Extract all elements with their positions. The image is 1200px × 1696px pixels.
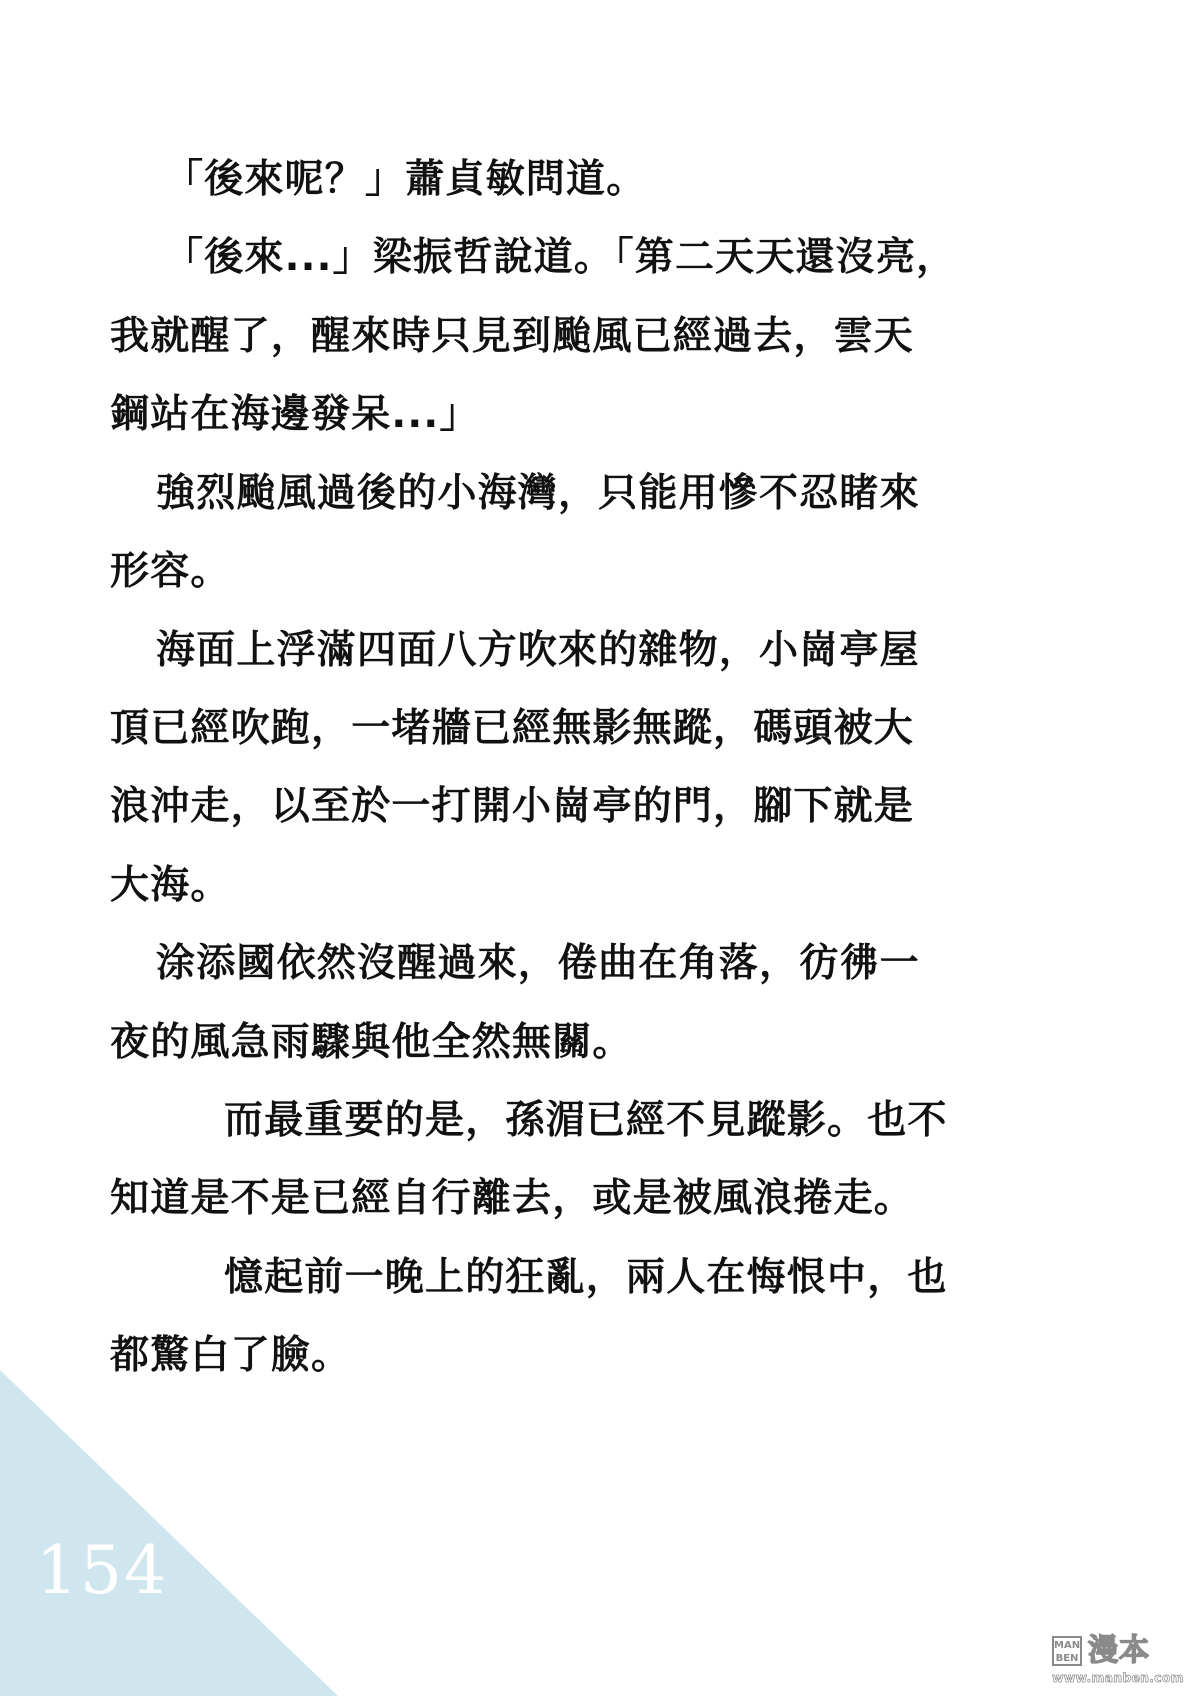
text-line: 夜的風急雨驟與他全然無關。 [110, 1013, 633, 1073]
text-line: 大海。 [110, 856, 231, 916]
text-line: 頂已經吹跑，一堵牆已經無影無蹤，碼頭被大 [110, 699, 914, 759]
watermark-logo-top: MAN [1054, 1639, 1080, 1652]
text-line: 涂添國依然沒醒過來，倦曲在角落，彷彿一 [156, 934, 920, 994]
text-line: 浪沖走，以至於一打開小崗亭的門，腳下就是 [110, 777, 914, 837]
text-line: 知道是不是已經自行離去，或是被風浪捲走。 [110, 1169, 914, 1229]
page-number: 154 [36, 1538, 168, 1604]
watermark-url: www.manben.com [1052, 1670, 1184, 1686]
text-line: 「後來...」梁振哲說道。「第二天天還沒亮， [164, 228, 956, 288]
text-line: 「後來呢？」蕭貞敏問道。 [164, 150, 646, 210]
text-line: 形容。 [110, 542, 231, 602]
text-line: 憶起前一晚上的狂亂，兩人在悔恨中，也 [224, 1248, 948, 1308]
watermark-name: 漫本 [1088, 1632, 1150, 1670]
watermark-logo-bottom: BEN [1054, 1652, 1080, 1665]
text-line: 都驚白了臉。 [110, 1326, 351, 1386]
text-line: 鋼站在海邊發呆...」 [110, 385, 480, 445]
text-line: 海面上浮滿四面八方吹來的雜物，小崗亭屋 [156, 621, 920, 681]
text-line: 強烈颱風過後的小海灣，只能用慘不忍睹來 [156, 464, 920, 524]
watermark-logo-box: MAN BEN [1052, 1636, 1082, 1666]
text-line: 而最重要的是，孫湄已經不見蹤影。也不 [224, 1091, 948, 1151]
text-line: 我就醒了，醒來時只見到颱風已經過去，雲天 [110, 307, 914, 367]
site-watermark: MAN BEN 漫本 www.manben.com [1052, 1636, 1192, 1688]
